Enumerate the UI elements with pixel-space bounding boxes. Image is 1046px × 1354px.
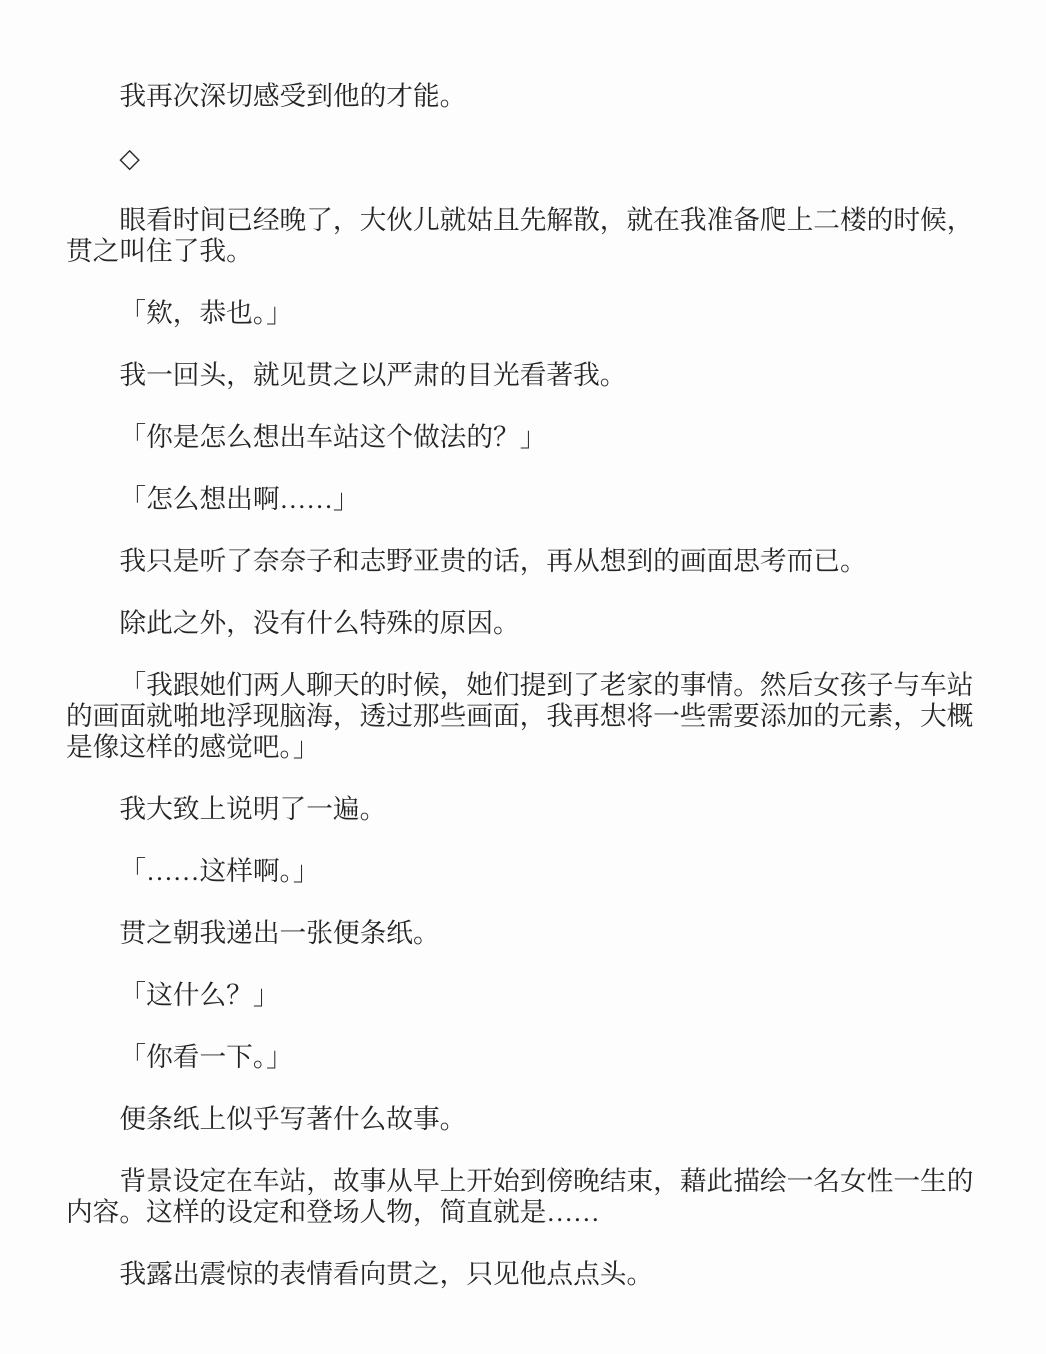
paragraph: 「欸，恭也。」 — [66, 298, 981, 329]
paragraph: 除此之外，没有什么特殊的原因。 — [66, 608, 981, 639]
paragraph: 「你看一下。」 — [66, 1042, 981, 1073]
novel-text-body: 我再次深切感受到他的才能。◇眼看时间已经晚了，大伙儿就姑且先解散，就在我准备爬上… — [66, 81, 981, 1290]
paragraph: 「怎么想出啊……」 — [66, 484, 981, 515]
paragraph: 我大致上说明了一遍。 — [66, 794, 981, 825]
paragraph: 眼看时间已经晚了，大伙儿就姑且先解散，就在我准备爬上二楼的时候，贯之叫住了我。 — [66, 205, 981, 267]
paragraph: 我只是听了奈奈子和志野亚贵的话，再从想到的画面思考而已。 — [66, 546, 981, 577]
paragraph: 我再次深切感受到他的才能。 — [66, 81, 981, 112]
paragraph: 背景设定在车站，故事从早上开始到傍晚结束，藉此描绘一名女性一生的内容。这样的设定… — [66, 1166, 981, 1228]
paragraph: 我一回头，就见贯之以严肃的目光看著我。 — [66, 360, 981, 391]
paragraph: 贯之朝我递出一张便条纸。 — [66, 918, 981, 949]
paragraph: 「这什么？」 — [66, 980, 981, 1011]
paragraph: 「你是怎么想出车站这个做法的？」 — [66, 422, 981, 453]
paragraph: 「我跟她们两人聊天的时候，她们提到了老家的事情。然后女孩子与车站的画面就啪地浮现… — [66, 670, 981, 763]
paragraph: 「……这样啊。」 — [66, 856, 981, 887]
paragraph: 我露出震惊的表情看向贯之，只见他点点头。 — [66, 1259, 981, 1290]
scene-divider: ◇ — [66, 143, 981, 174]
paragraph: 便条纸上似乎写著什么故事。 — [66, 1104, 981, 1135]
ebook-page: 我再次深切感受到他的才能。◇眼看时间已经晚了，大伙儿就姑且先解散，就在我准备爬上… — [0, 0, 1046, 1354]
